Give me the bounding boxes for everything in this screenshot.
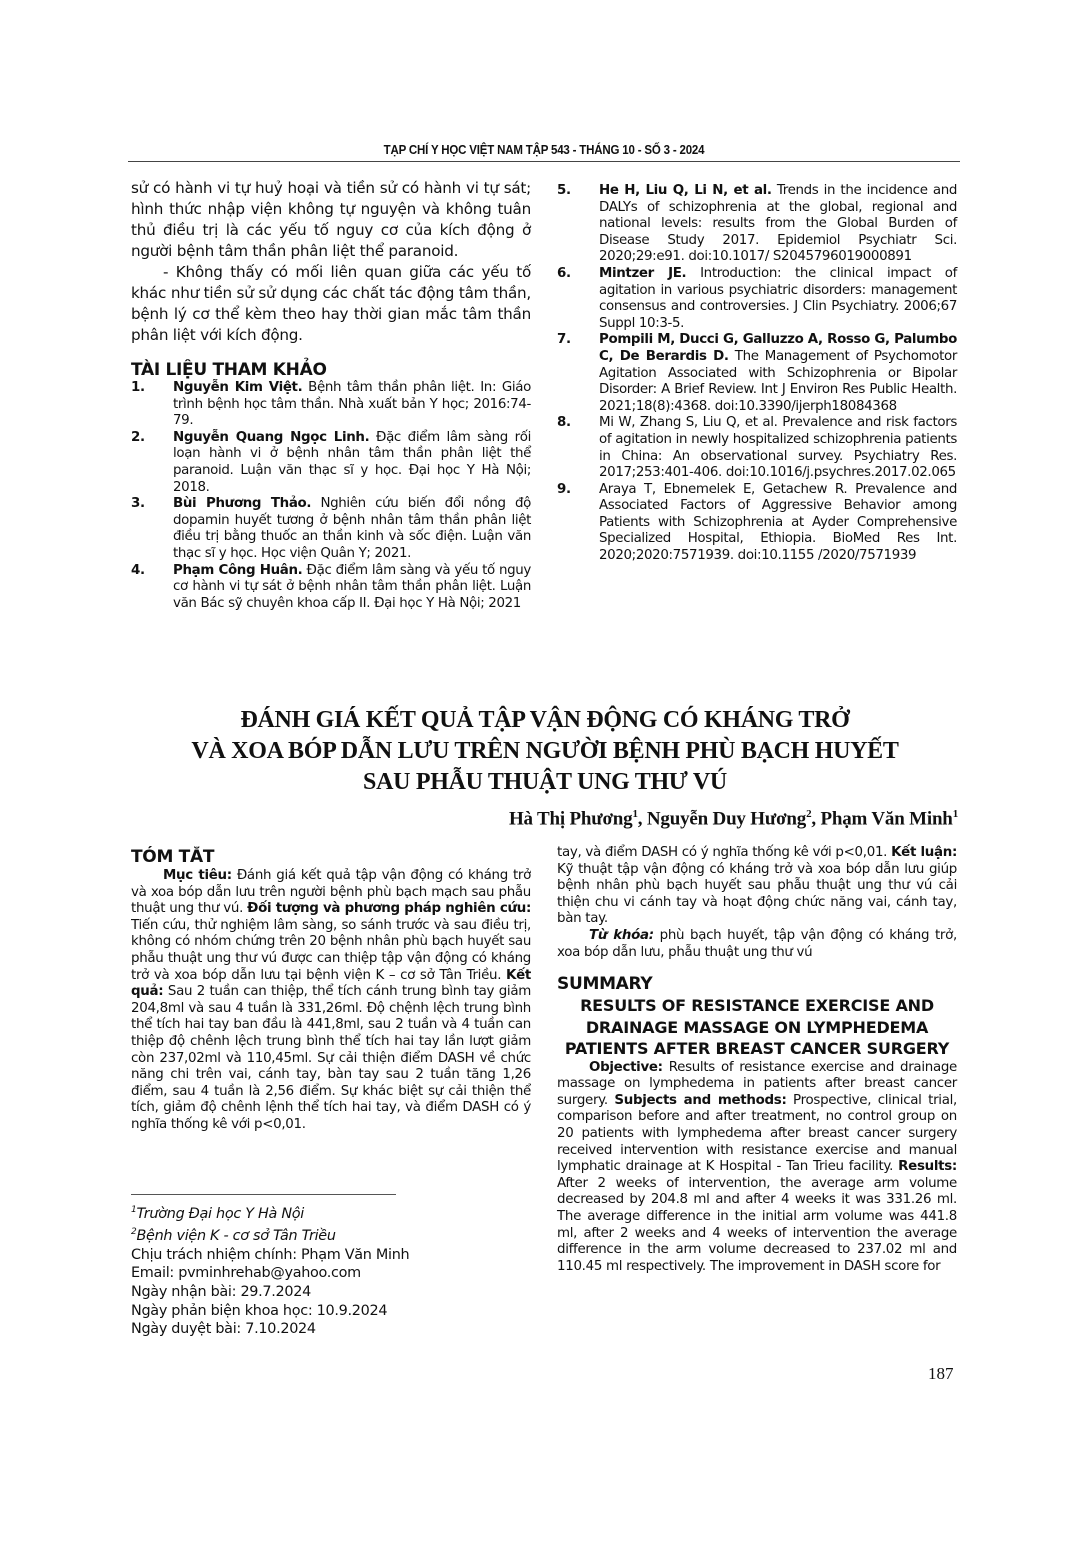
abstract-vi-left: TÓM TẮT Mục tiêu: Đánh giá kết quả tập v… xyxy=(131,846,531,1176)
conclusion-label: Kết luận: xyxy=(891,845,957,860)
results-label: Results: xyxy=(898,1159,957,1174)
abstract-right-column: tay, và điểm DASH có ý nghĩa thống kê vớ… xyxy=(557,845,957,1275)
affiliation-1: 1Trường Đại học Y Hà Nội xyxy=(131,1201,531,1223)
author-name: Nguyễn Duy Hương xyxy=(647,808,806,829)
article-title: ĐÁNH GIÁ KẾT QUẢ TẬP VẬN ĐỘNG CÓ KHÁNG T… xyxy=(130,705,960,798)
affiliation-mark: 1 xyxy=(953,808,958,820)
reference-authors: Mintzer JE. xyxy=(599,266,686,281)
author-list: Hà Thị Phương1, Nguyễn Duy Hương2, Phạm … xyxy=(509,808,958,830)
email: Email: pvminhrehab@yahoo.com xyxy=(131,1264,531,1283)
references-heading: TÀI LIỆU THAM KHẢO xyxy=(131,360,531,380)
title-line: VÀ XOA BÓP DẪN LƯU TRÊN NGƯỜI BỆNH PHÙ B… xyxy=(130,736,960,767)
author-name: Phạm Văn Minh xyxy=(820,808,952,829)
summary-heading: SUMMARY xyxy=(557,973,957,995)
abstract-vi-continued: tay, và điểm DASH có ý nghĩa thống kê vớ… xyxy=(557,845,957,928)
reference-item: 3.Bùi Phương Thảo. Nghiên cứu biến đổi n… xyxy=(131,496,531,562)
abstract-vi-body: Mục tiêu: Đánh giá kết quả tập vận động … xyxy=(131,868,531,1134)
title-line: SAU PHẪU THUẬT UNG THƯ VÚ xyxy=(130,767,960,798)
reference-authors: Bùi Phương Thảo. xyxy=(173,496,311,511)
reference-item: 2.Nguyễn Quang Ngọc Linh. Đặc điểm lâm s… xyxy=(131,430,531,496)
reference-authors: Nguyễn Quang Ngọc Linh. xyxy=(173,430,369,445)
review-date: Ngày phản biện khoa học: 10.9.2024 xyxy=(131,1302,531,1321)
summary-title: RESULTS OF RESISTANCE EXERCISE AND DRAIN… xyxy=(557,995,957,1060)
reference-item: 9.Araya T, Ebnemelek E, Getachew R. Prev… xyxy=(557,482,957,565)
prev-article-right-column: 5.He H, Liu Q, Li N, et al. Trends in th… xyxy=(557,183,957,565)
keywords: Từ khóa: phù bạch huyết, tập vận động có… xyxy=(557,928,957,961)
methods-label: Subjects and methods: xyxy=(614,1093,786,1108)
journal-header: TẠP CHÍ Y HỌC VIỆT NAM TẬP 543 - THÁNG 1… xyxy=(161,143,926,157)
objective-label: Objective: xyxy=(589,1060,663,1075)
reference-item: 1.Nguyễn Kim Việt. Bệnh tâm thần phân li… xyxy=(131,380,531,430)
abstract-heading: TÓM TẮT xyxy=(131,846,531,868)
affiliation-2: 2Bệnh viện K - cơ sở Tân Triều xyxy=(131,1223,531,1245)
objective-label: Mục tiêu: xyxy=(163,868,232,883)
conclusion-paragraph: - Không thấy có mối liên quan giữa các y… xyxy=(131,262,531,346)
footnote-divider xyxy=(131,1194,396,1195)
reference-authors: Nguyễn Kim Việt. xyxy=(173,380,302,395)
footnotes: 1Trường Đại học Y Hà Nội 2Bệnh viện K - … xyxy=(131,1201,531,1339)
conclusion-paragraph: sử có hành vi tự huỷ hoại và tiền sử có … xyxy=(131,178,531,262)
reference-item: 8.Mi W, Zhang S, Liu Q, et al. Prevalenc… xyxy=(557,415,957,481)
title-line: ĐÁNH GIÁ KẾT QUẢ TẬP VẬN ĐỘNG CÓ KHÁNG T… xyxy=(130,705,960,736)
methods-label: Đối tượng và phương pháp nghiên cứu: xyxy=(247,901,531,916)
accepted-date: Ngày duyệt bài: 7.10.2024 xyxy=(131,1320,531,1339)
reference-authors: Phạm Công Huân. xyxy=(173,563,302,578)
responsible-author: Chịu trách nhiệm chính: Phạm Văn Minh xyxy=(131,1246,531,1265)
reference-authors: He H, Liu Q, Li N, et al. xyxy=(599,183,772,198)
summary-body: Objective: Results of resistance exercis… xyxy=(557,1060,957,1276)
header-divider xyxy=(128,161,960,162)
reference-item: 7.Pompili M, Ducci G, Galluzzo A, Rosso … xyxy=(557,332,957,415)
reference-item: 4.Phạm Công Huân. Đặc điểm lâm sàng và y… xyxy=(131,563,531,613)
reference-item: 6.Mintzer JE. Introduction: the clinical… xyxy=(557,266,957,332)
author-name: Hà Thị Phương xyxy=(509,808,633,829)
keywords-label: Từ khóa: xyxy=(589,928,654,943)
page-number: 187 xyxy=(928,1364,954,1384)
prev-article-left-column: sử có hành vi tự huỷ hoại và tiền sử có … xyxy=(131,178,531,612)
reference-item: 5.He H, Liu Q, Li N, et al. Trends in th… xyxy=(557,183,957,266)
received-date: Ngày nhận bài: 29.7.2024 xyxy=(131,1283,531,1302)
